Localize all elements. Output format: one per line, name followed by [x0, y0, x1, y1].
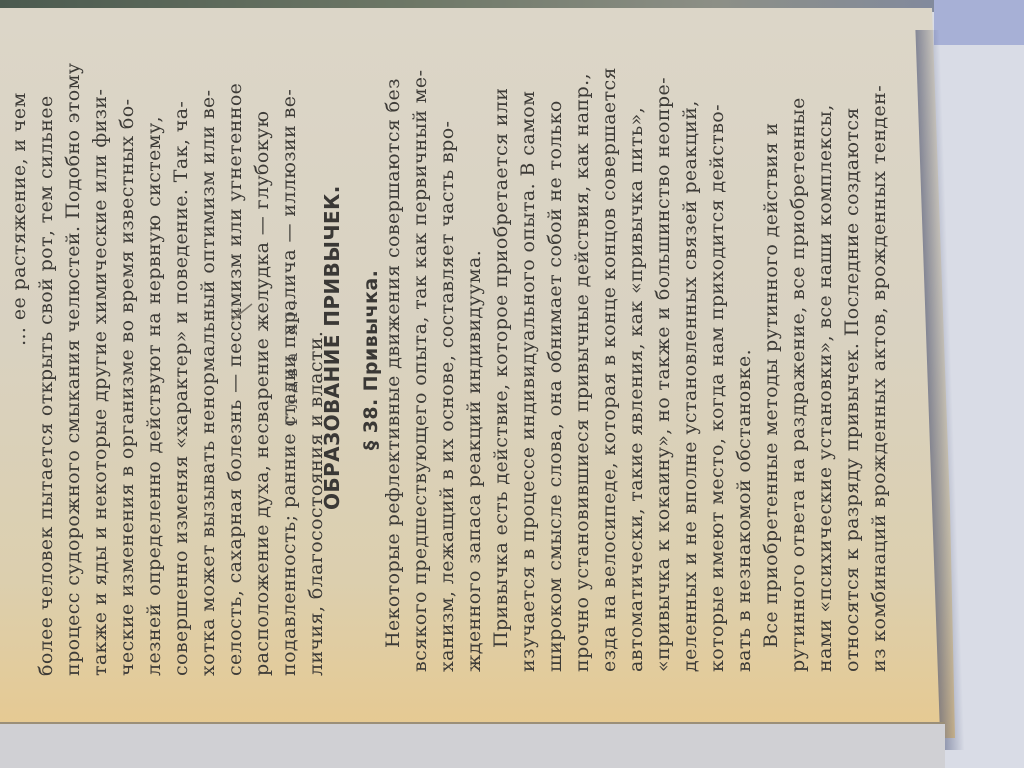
text-line: из комбинаций врожденных актов, врожденн…	[866, 132, 893, 672]
paragraph-start-line: Все приобретенные методы рутинного дейст…	[758, 132, 785, 672]
next-page-edge	[0, 722, 945, 768]
chapter-title: ОБРАЗОВАНИЕ ПРИВЫЧЕК.	[312, 210, 352, 510]
pencil-mark-icon	[228, 300, 258, 324]
text-line: жденного запаса реакций индивидуума.	[461, 132, 488, 672]
text-line: нами «психические установки», все наши к…	[812, 132, 839, 672]
text-line: также и яды и некоторые другие химически…	[87, 116, 114, 676]
photo-background-corner	[934, 0, 1024, 45]
chapter-label: Глава XI.	[272, 250, 312, 470]
text-line: всякого предшествующего опыта, так как п…	[407, 132, 434, 672]
text-line: ческие изменения в организме во время из…	[114, 116, 141, 676]
text-line: совершенно изменяя «характер» и поведени…	[168, 116, 195, 676]
text-line: прочно установившиеся привычные действия…	[569, 132, 596, 672]
text-line: селость, сахарная болезнь — пессимизм ил…	[222, 116, 249, 676]
text-line: рутинного ответа на раздражение, все при…	[785, 132, 812, 672]
text-line: относятся к разряду привычек. Последние …	[839, 132, 866, 672]
text-line: более человек пытается открыть свой рот,…	[33, 116, 60, 676]
body-text-block: Некоторые рефлективные движения совершаю…	[380, 132, 893, 672]
text-line: вать в незнакомой обстановке.	[731, 132, 758, 672]
chapter-heading-block: Глава XI. ОБРАЗОВАНИЕ ПРИВЫЧЕК. § 38. Пр…	[272, 250, 390, 470]
text-line: «привычка к кокаину», но также и большин…	[650, 132, 677, 672]
text-line: хотка может вызывать ненормальный оптими…	[195, 116, 222, 676]
paragraph-start-line: Некоторые рефлективные движения совершаю…	[380, 132, 407, 672]
text-line: … ее растяжение, и чем	[6, 116, 33, 676]
text-line: процесс судорожного смыкания челюстей. П…	[60, 116, 87, 676]
text-line: изучается в процессе индивидуального опы…	[515, 132, 542, 672]
paragraph-start-line: Привычка есть действие, которое приобрет…	[488, 132, 515, 672]
text-line: широком смысле слова, она обнимает собой…	[542, 132, 569, 672]
text-line: езда на велосипеде, которая в конце конц…	[596, 132, 623, 672]
text-line: деленных и не вполне установленных связе…	[677, 132, 704, 672]
text-line: автоматически, такие явления, как «привы…	[623, 132, 650, 672]
text-line: лезней определенно действуют на нервную …	[141, 116, 168, 676]
text-line: которые имеют место, когда нам приходитс…	[704, 132, 731, 672]
text-line: ханизм, лежащий в их основе, составляет …	[434, 132, 461, 672]
